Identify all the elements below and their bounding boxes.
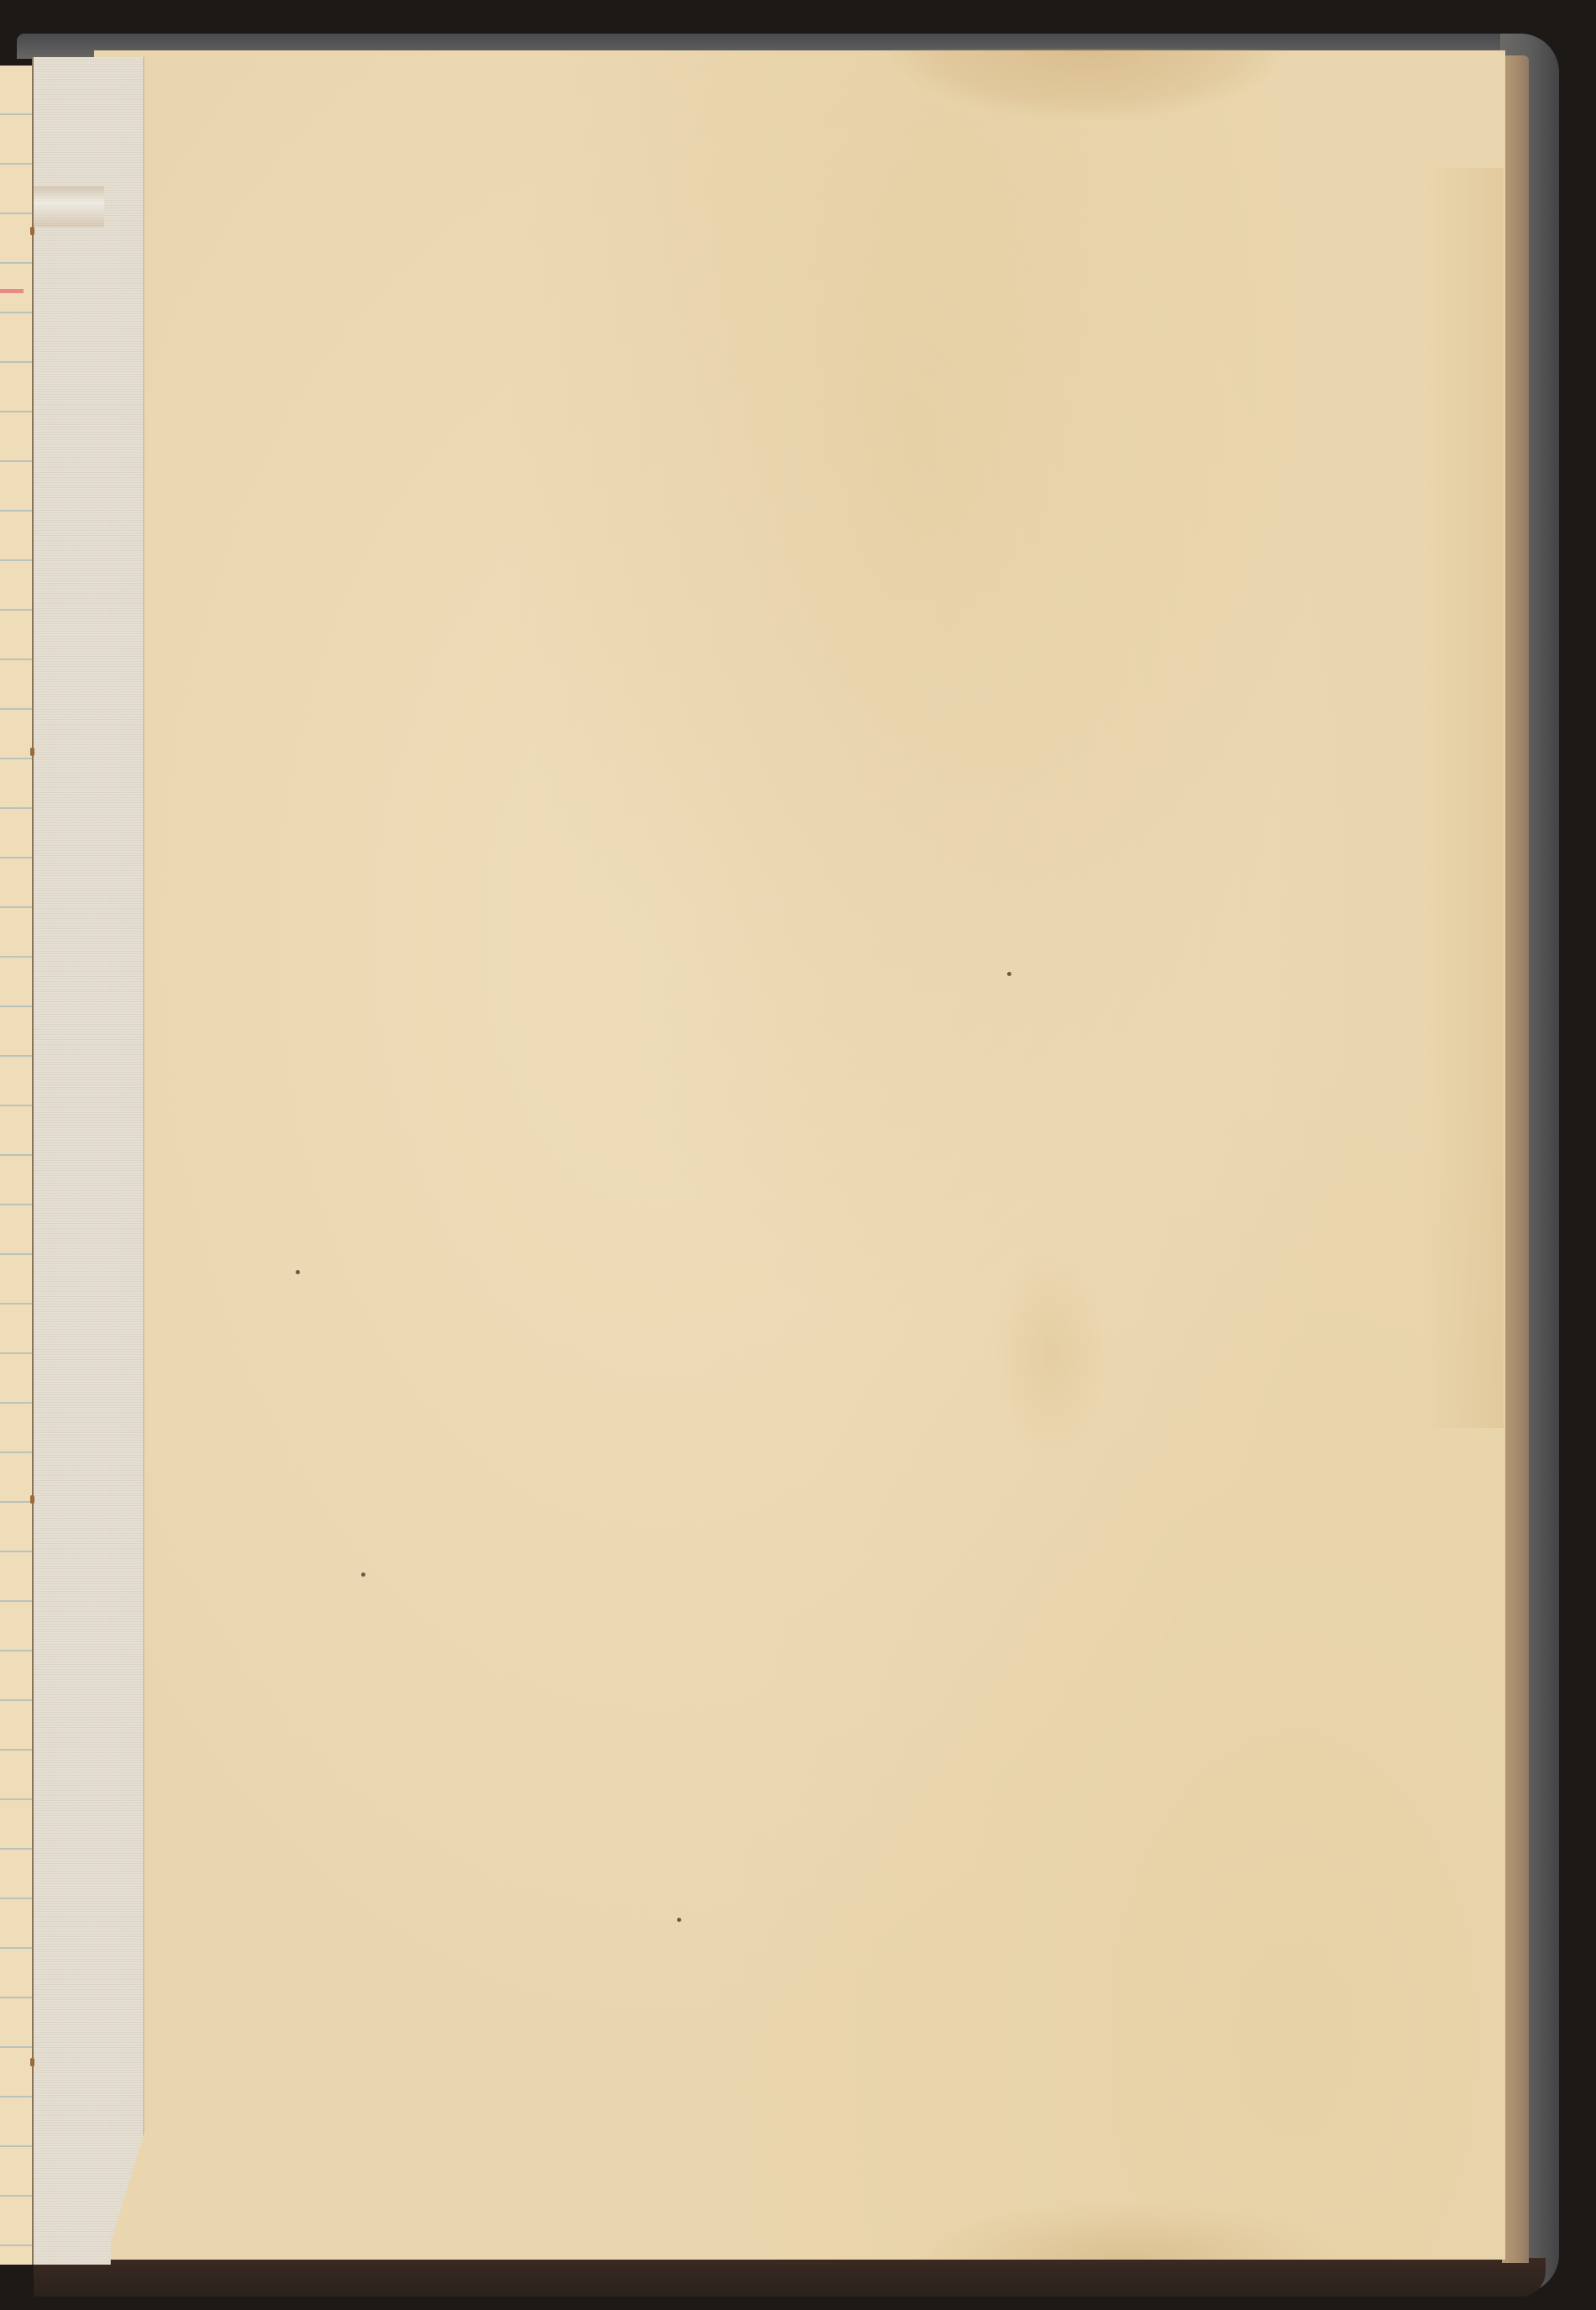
paper-speck <box>1007 972 1011 976</box>
paper-speck <box>677 1918 681 1922</box>
facing-page-ruled-edge <box>0 66 35 2265</box>
binding-stitch <box>30 1495 34 1504</box>
cloth-hinge-fold <box>34 186 104 227</box>
paper-speck <box>296 1270 300 1274</box>
facing-page-margin-line <box>0 289 24 293</box>
inner-board-edge <box>1502 55 1529 2263</box>
binding-stitch <box>30 227 34 235</box>
blank-page <box>94 50 1505 2260</box>
book-cover-bottom-edge <box>34 2258 1546 2297</box>
water-stain-right <box>1420 168 1504 1428</box>
water-stain-bottom <box>907 2201 1344 2260</box>
binding-stitch <box>30 748 34 756</box>
binding-stitch <box>30 2058 34 2066</box>
water-stain-middle <box>991 1243 1109 1462</box>
cloth-hinge-strip <box>32 57 144 2265</box>
water-stain-top <box>890 49 1285 120</box>
paper-speck <box>361 1572 365 1577</box>
